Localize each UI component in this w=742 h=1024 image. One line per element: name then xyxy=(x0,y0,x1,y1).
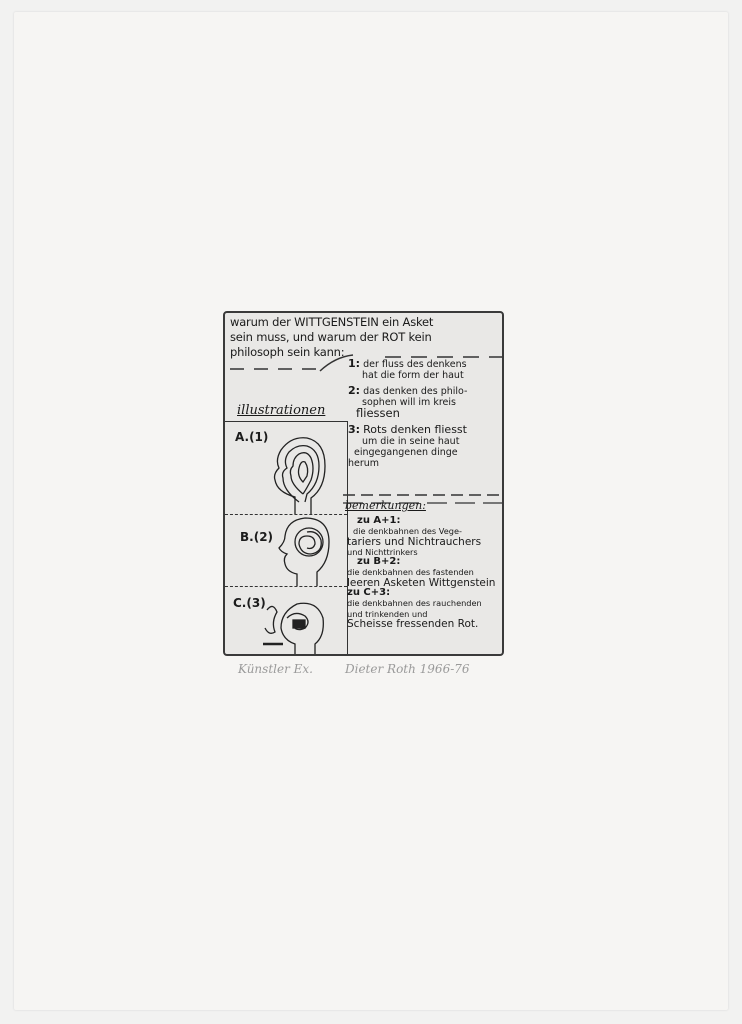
edition-inscription: Künstler Ex. xyxy=(238,662,313,676)
etching-plate: warum der WITTGENSTEIN ein Asket sein mu… xyxy=(223,311,504,656)
illustrations-panel: A.(1) B.(2) C.(3) xyxy=(225,421,348,656)
point-3: 3: Rots denken fliesst um die in seine h… xyxy=(348,424,467,469)
title-line: warum der WITTGENSTEIN ein Asket xyxy=(230,315,433,330)
head-c-scribble-icon xyxy=(263,603,323,656)
point-1: 1: der fluss des denkens hat die form de… xyxy=(348,358,467,381)
point-2: 2: das denken des philo- sophen will im … xyxy=(348,385,467,420)
title-line: sein muss, und warum der ROT kein xyxy=(230,330,433,345)
points-list: 1: der fluss des denkens hat die form de… xyxy=(348,358,467,473)
remarks-heading: bemerkungen: xyxy=(345,499,426,512)
artist-signature: Dieter Roth 1966-76 xyxy=(345,662,470,676)
head-a-contour-icon xyxy=(275,438,326,514)
head-b-spiral-icon xyxy=(279,518,329,586)
head-drawings xyxy=(225,422,347,656)
remarks-list: zu A+1: die denkbahnen des Vege- tariers… xyxy=(347,516,495,629)
illustrations-heading: illustrationen xyxy=(237,403,325,418)
